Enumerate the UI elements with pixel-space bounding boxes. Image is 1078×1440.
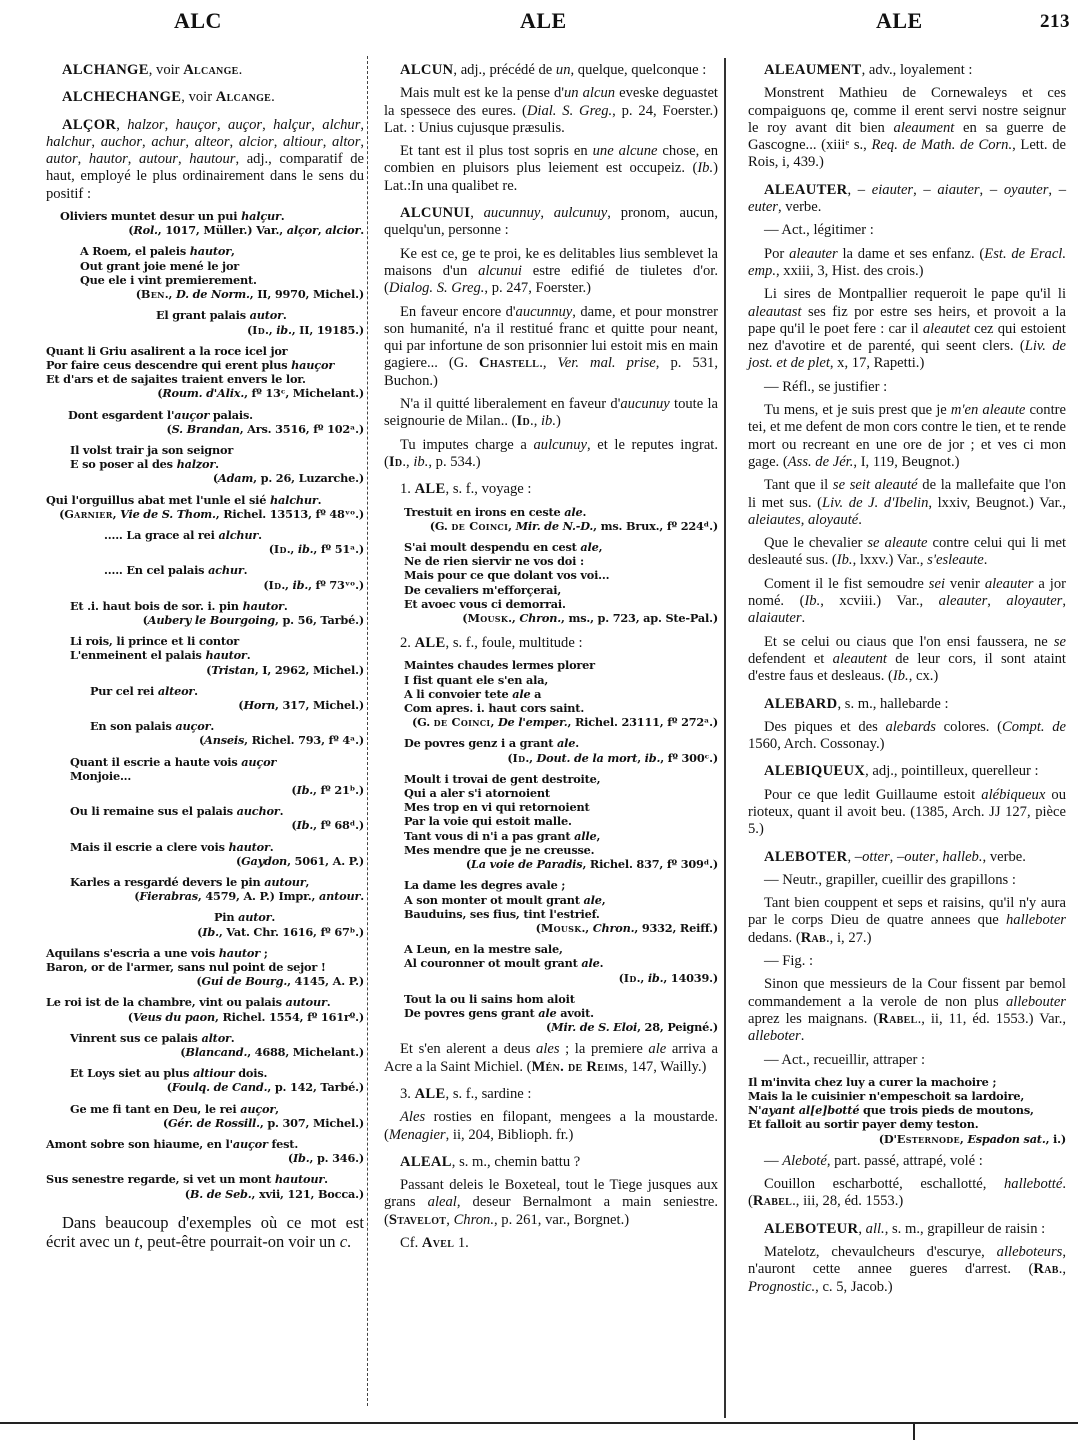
quote-line: Trestuit en irons en ceste ale. [384,505,718,519]
citation-block: Amont sobre son hiaume, en l'auçor fest.… [46,1137,364,1165]
quote-line: Moult i trovai de gent destroite, [384,772,718,786]
entry-paragraph: Tu mens, et je suis prest que je m'en al… [748,402,1066,471]
citation-source: (Mousk., Chron., ms., p. 723, ap. Ste-Pa… [384,611,718,625]
citation-block: Karles a resgardé devers le pin autour,(… [46,875,364,903]
citation-source: (Id., ib., fº 73ᵛᵒ.) [46,578,364,592]
citation-source: (D'Esternode, Espadon sat., i.) [748,1132,1066,1146]
citation-block: Pur cel rei alteor.(Horn, 317, Michel.) [46,684,364,712]
citation-source: (Horn, 317, Michel.) [46,698,364,712]
quote-line: Et avoec vous ci demorrai. [384,597,718,611]
quote-line: A Roem, el paleis hautor, [46,244,364,258]
citation-source: (Gér. de Rossill., p. 307, Michel.) [46,1116,364,1130]
entry-paragraph: Li sires de Montpallier requeroit le pap… [748,286,1066,372]
quote-line: Mais pour ce que dolant vos voi... [384,568,718,582]
citation-source: (Id., ib., fº 51ᵃ.) [46,542,364,556]
quote-line: ..... La grace al rei alchur. [46,528,364,542]
entry-paragraph: Mais mult est ke la pense d'un alcun eve… [384,85,718,137]
dictionary-entry: ALCHANGE, voir Alcange. [46,62,364,79]
citation-block: En son palais auçor.(Anseis, Richel. 793… [46,719,364,747]
quote-line: I fist quant ele s'en ala, [384,673,718,687]
citation-source: (Mousk., Chron., 9332, Reiff.) [384,921,718,935]
entry-paragraph: Por aleauter la dame et ses enfanz. (Est… [748,246,1066,281]
citation-source: (Ib., fº 21ᵇ.) [46,783,364,797]
citation-block: Quant il escrie a haute vois auçorMonjoi… [46,755,364,798]
column-3: ALEAUMENT, adv., loyalement :Monstrent M… [748,52,1066,1302]
dictionary-entry: ALÇOR, halzor, hauçor, auçor, halçur, al… [46,117,364,203]
running-head-left: ALC [174,8,222,34]
quote-line: Baron, or de l'armer, sans nul point de … [46,960,364,974]
entry-paragraph: — Act., recueillir, attraper : [748,1052,1066,1069]
running-head-center: ALE [520,8,567,34]
quote-line: Li rois, li prince et li contor [46,634,364,648]
citation-block: Ge me fi tant en Deu, le rei auçor,(Gér.… [46,1102,364,1130]
entry-paragraph: Dans beaucoup d'exemples où ce mot est é… [46,1213,364,1251]
quote-line: Pin autor. [46,910,364,924]
citation-source: (Blancand., 4688, Michelant.) [46,1045,364,1059]
entry-paragraph: N'a il quitté liberalement en faveur d'a… [384,396,718,431]
quote-line: Amont sobre son hiaume, en l'auçor fest. [46,1137,364,1151]
citation-block: Et Loys siet au plus altiour dois.(Foulq… [46,1066,364,1094]
citation-block: Vinrent sus ce palais altor.(Blancand., … [46,1031,364,1059]
citation-block: Oliviers muntet desur un pui halçur.(Rol… [46,209,364,237]
quote-line: Com apres. i. haut cors saint. [384,701,718,715]
entry-paragraph: — Act., légitimer : [748,222,1066,239]
citation-block: S'ai moult despendu en cest ale,Ne de ri… [384,540,718,625]
quote-line: Ou li remaine sus el palais auchor. [46,804,364,818]
quote-line: Karles a resgardé devers le pin autour, [46,875,364,889]
quote-line: Aquilans s'escria a une vois hautor ; [46,946,364,960]
quote-line: La dame les degres avale ; [384,878,718,892]
citation-block: Aquilans s'escria a une vois hautor ;Bar… [46,946,364,989]
citation-block: Sus senestre regarde, si vet un mont hau… [46,1172,364,1200]
quote-line: Par la voie qui estoit malle. [384,814,718,828]
citation-block: Moult i trovai de gent destroite,Qui a a… [384,772,718,871]
dictionary-entry: ALEAUMENT, adv., loyalement : [748,62,1066,79]
entry-paragraph: Tu imputes charge a aulcunuy, et le repu… [384,437,718,472]
quote-line: Qui l'orguillus abat met l'unle el sié h… [46,493,364,507]
quote-line: De povres genz i a grant ale. [384,736,718,750]
citation-source: (B. de Seb., xvii, 121, Bocca.) [46,1187,364,1201]
quote-line: S'ai moult despendu en cest ale, [384,540,718,554]
dictionary-entry: 3. ALE, s. f., sardine : [384,1086,718,1103]
citation-block: Maintes chaudes lermes plorerI fist quan… [384,658,718,729]
citation-source: (Fierabras, 4579, A. P.) Impr., antour. [46,889,364,903]
citation-source: (Mir. de S. Eloi, 28, Peigné.) [384,1020,718,1034]
dictionary-entry: 2. ALE, s. f., foule, multitude : [384,635,718,652]
entry-paragraph: Passant deleis le Boxeteal, tout le Tieg… [384,1177,718,1229]
citation-block: Pin autor.(Ib., Vat. Chr. 1616, fº 67ᵇ.) [46,910,364,938]
citation-block: Quant li Griu asalirent a la roce icel j… [46,344,364,401]
citation-block: Ou li remaine sus el palais auchor.(Ib.,… [46,804,364,832]
quote-line: Dont esgardent l'auçor palais. [46,408,364,422]
quote-line: De povres gens grant ale avoit. [384,1006,718,1020]
quote-line: Monjoie... [46,769,364,783]
quote-line: Mais la le cuisinier n'empeschoit sa lar… [748,1089,1066,1103]
citation-block: ..... En cel palais achur.(Id., ib., fº … [46,563,364,591]
quote-line: Ne de rien siervir ne vos doi : [384,554,718,568]
citation-source: (La voie de Paradis, Richel. 837, fº 309… [384,857,718,871]
quote-line: N'ayant al[e]botté que trois pieds de mo… [748,1103,1066,1117]
entry-paragraph: Et se celui ou ciaus que l'on ensi fauss… [748,634,1066,686]
citation-source: (Veus du paon, Richel. 1554, fº 161rº.) [46,1010,364,1024]
entry-paragraph: Pour ce que ledit Guillaume estoit alébi… [748,787,1066,839]
quote-line: Maintes chaudes lermes plorer [384,658,718,672]
quote-line: Tout la ou li sains hom aloit [384,992,718,1006]
citation-source: (Garnier, Vie de S. Thom., Richel. 13513… [46,507,364,521]
citation-source: (G. de Coinci, Mir. de N.-D., ms. Brux.,… [384,519,718,533]
citation-block: Trestuit en irons en ceste ale.(G. de Co… [384,505,718,533]
citation-block: ..... La grace al rei alchur.(Id., ib., … [46,528,364,556]
citation-block: Mais il escrie a clere vois hautor.(Gayd… [46,840,364,868]
dictionary-entry: 1. ALE, s. f., voyage : [384,481,718,498]
entry-paragraph: Des piques et des alebards colores. (Com… [748,719,1066,754]
column-divider-2 [724,58,726,1418]
citation-source: (G. de Coinci, De l'emper., Richel. 2311… [384,715,718,729]
entry-paragraph: Matelotz, chevaulcheurs d'escurye, alleb… [748,1244,1066,1296]
entry-paragraph: Tant que il se seit aleauté de la mallef… [748,477,1066,529]
citation-source: (Id., ib., 14039.) [384,971,718,985]
quote-line: Bauduins, ses fius, tint l'estrief. [384,907,718,921]
citation-source: (Ben., D. de Norm., II, 9970, Michel.) [46,287,364,301]
footer-tick [913,1422,915,1440]
citation-block: El grant palais autor.(Id., ib., II, 191… [46,308,364,336]
entry-paragraph: Monstrent Mathieu de Cornewaleys et ces … [748,85,1066,171]
quote-line: Il m'invita chez luy a curer la machoire… [748,1075,1066,1089]
citation-block: Le roi ist de la chambre, vint ou palais… [46,995,364,1023]
citation-block: Et .i. haut bois de sor. i. pin hautor.(… [46,599,364,627]
quote-line: A li convoier tete ale a [384,687,718,701]
quote-line: Et d'ars et de sajaites traient envers l… [46,372,364,386]
citation-block: Il m'invita chez luy a curer la machoire… [748,1075,1066,1146]
quote-line: Mes mendre que je ne creusse. [384,843,718,857]
quote-line: De cevaliers m'efforçerai, [384,583,718,597]
column-divider-1 [367,56,368,1406]
quote-line: E so poser al des halzor. [46,457,364,471]
citation-block: Qui l'orguillus abat met l'unle el sié h… [46,493,364,521]
dictionary-entry: ALEAL, s. m., chemin battu ? [384,1154,718,1171]
entry-paragraph: En faveur encore d'aucunnuy, dame, et po… [384,304,718,390]
citation-block: Il volst trair ja son seignorE so poser … [46,443,364,486]
entry-paragraph: Et s'en alerent a deus ales ; la premier… [384,1041,718,1076]
citation-source: (Adam, p. 26, Luzarche.) [46,471,364,485]
citation-block: La dame les degres avale ;A son monter o… [384,878,718,935]
quote-line: Vinrent sus ce palais altor. [46,1031,364,1045]
citation-source: (Anseis, Richel. 793, fº 4ᵃ.) [46,733,364,747]
citation-source: (Aubery le Bourgoing, p. 56, Tarbé.) [46,613,364,627]
entry-paragraph: — Aleboté, part. passé, attrapé, volé : [748,1153,1066,1170]
quote-line: Le roi ist de la chambre, vint ou palais… [46,995,364,1009]
entry-paragraph: Sinon que messieurs de la Cour fissent p… [748,976,1066,1045]
dictionary-entry: ALCHECHANGE, voir Alcange. [46,89,364,106]
citation-source: (Ib., Vat. Chr. 1616, fº 67ᵇ.) [46,925,364,939]
entry-paragraph: Ales rosties en filopant, mengees a la m… [384,1109,718,1144]
entry-paragraph: Coment il le fist semoudre sei venir ale… [748,576,1066,628]
dictionary-entry: ALEBIQUEUX, adj., pointilleux, querelleu… [748,763,1066,780]
entry-paragraph: Que le chevalier se aleaute contre celui… [748,535,1066,570]
citation-block: A Roem, el paleis hautor,Out grant joie … [46,244,364,301]
citation-source: (Gui de Bourg., 4145, A. P.) [46,974,364,988]
quote-line: Tant vous di n'i a pas grant alle, [384,829,718,843]
quote-line: En son palais auçor. [46,719,364,733]
entry-paragraph: Et tant est il plus tost sopris en une a… [384,143,718,195]
quote-line: El grant palais autor. [46,308,364,322]
citation-block: A Leun, en la mestre sale,Al couronner o… [384,942,718,985]
entry-paragraph: Ke est ce, ge te proi, ke es delitables … [384,246,718,298]
dictionary-entry: ALEBARD, s. m., hallebarde : [748,696,1066,713]
entry-paragraph: — Réfl., se justifier : [748,379,1066,396]
citation-source: (Roum. d'Alix., fº 13ᶜ, Michelant.) [46,386,364,400]
citation-source: (Rol., 1017, Müller.) Var., alçor, alcio… [46,223,364,237]
citation-source: (S. Brandan, Ars. 3516, fº 102ᵃ.) [46,422,364,436]
column-2: ALCUN, adj., précédé de un, quelque, que… [384,52,718,1258]
citation-source: (Id., ib., II, 19185.) [46,323,364,337]
dictionary-entry: ALEBOTEUR, all., s. m., grapilleur de ra… [748,1221,1066,1238]
dictionary-entry: ALEBOTER, –otter, –outer, halleb., verbe… [748,849,1066,866]
dictionary-entry: ALCUNUI, aucunnuy, aulcunuy, pronom, auc… [384,205,718,240]
quote-line: L'enmeinent el palais hautor. [46,648,364,662]
page-number: 213 [1040,11,1070,33]
citation-source: (Ib., p. 346.) [46,1151,364,1165]
quote-line: Et falloit au sortir payer demy teston. [748,1117,1066,1131]
quote-line: Mes trop en vi qui retornoient [384,800,718,814]
citation-block: Li rois, li prince et li contorL'enmeine… [46,634,364,677]
quote-line: Mais il escrie a clere vois hautor. [46,840,364,854]
quote-line: Oliviers muntet desur un pui halçur. [46,209,364,223]
column-1: ALCHANGE, voir Alcange.ALCHECHANGE, voir… [46,52,364,1257]
quote-line: Sus senestre regarde, si vet un mont hau… [46,1172,364,1186]
quote-line: Quant il escrie a haute vois auçor [46,755,364,769]
citation-source: (Tristan, I, 2962, Michel.) [46,663,364,677]
quote-line: Que ele i vint premierement. [46,273,364,287]
entry-paragraph: Couillon escharbotté, eschallotté, halle… [748,1176,1066,1211]
quote-line: ..... En cel palais achur. [46,563,364,577]
quote-line: Al couronner ot moult grant ale. [384,956,718,970]
entry-paragraph: Cf. Avel 1. [384,1235,718,1252]
entry-paragraph: — Fig. : [748,953,1066,970]
citation-block: De povres genz i a grant ale.(Id., Dout.… [384,736,718,764]
quote-line: Qui a aler s'i atornoient [384,786,718,800]
dictionary-entry: ALEAUTER, – eiauter, – aiauter, – oyaute… [748,182,1066,217]
quote-line: Pur cel rei alteor. [46,684,364,698]
entry-paragraph: — Neutr., grapiller, cueillir des grapil… [748,872,1066,889]
running-head-right: ALE [876,8,923,34]
quote-line: Et .i. haut bois de sor. i. pin hautor. [46,599,364,613]
quote-line: Quant li Griu asalirent a la roce icel j… [46,344,364,358]
quote-line: Et Loys siet au plus altiour dois. [46,1066,364,1080]
footer-rule [0,1422,1078,1424]
citation-block: Tout la ou li sains hom aloitDe povres g… [384,992,718,1035]
quote-line: Ge me fi tant en Deu, le rei auçor, [46,1102,364,1116]
quote-line: Por faire ceus descendre qui erent plus … [46,358,364,372]
quote-line: Il volst trair ja son seignor [46,443,364,457]
quote-line: A Leun, en la mestre sale, [384,942,718,956]
dictionary-entry: ALCUN, adj., précédé de un, quelque, que… [384,62,718,79]
quote-line: Out grant joie mené le jor [46,259,364,273]
citation-source: (Ib., fº 68ᵈ.) [46,818,364,832]
entry-paragraph: Tant bien couppent et seps et raisins, q… [748,895,1066,947]
citation-source: (Gaydon, 5061, A. P.) [46,854,364,868]
citation-block: Dont esgardent l'auçor palais.(S. Branda… [46,408,364,436]
citation-source: (Foulq. de Cand., p. 142, Tarbé.) [46,1080,364,1094]
citation-source: (Id., Dout. de la mort, ib., fº 300ᶜ.) [384,751,718,765]
quote-line: A son monter ot moult grant ale, [384,893,718,907]
